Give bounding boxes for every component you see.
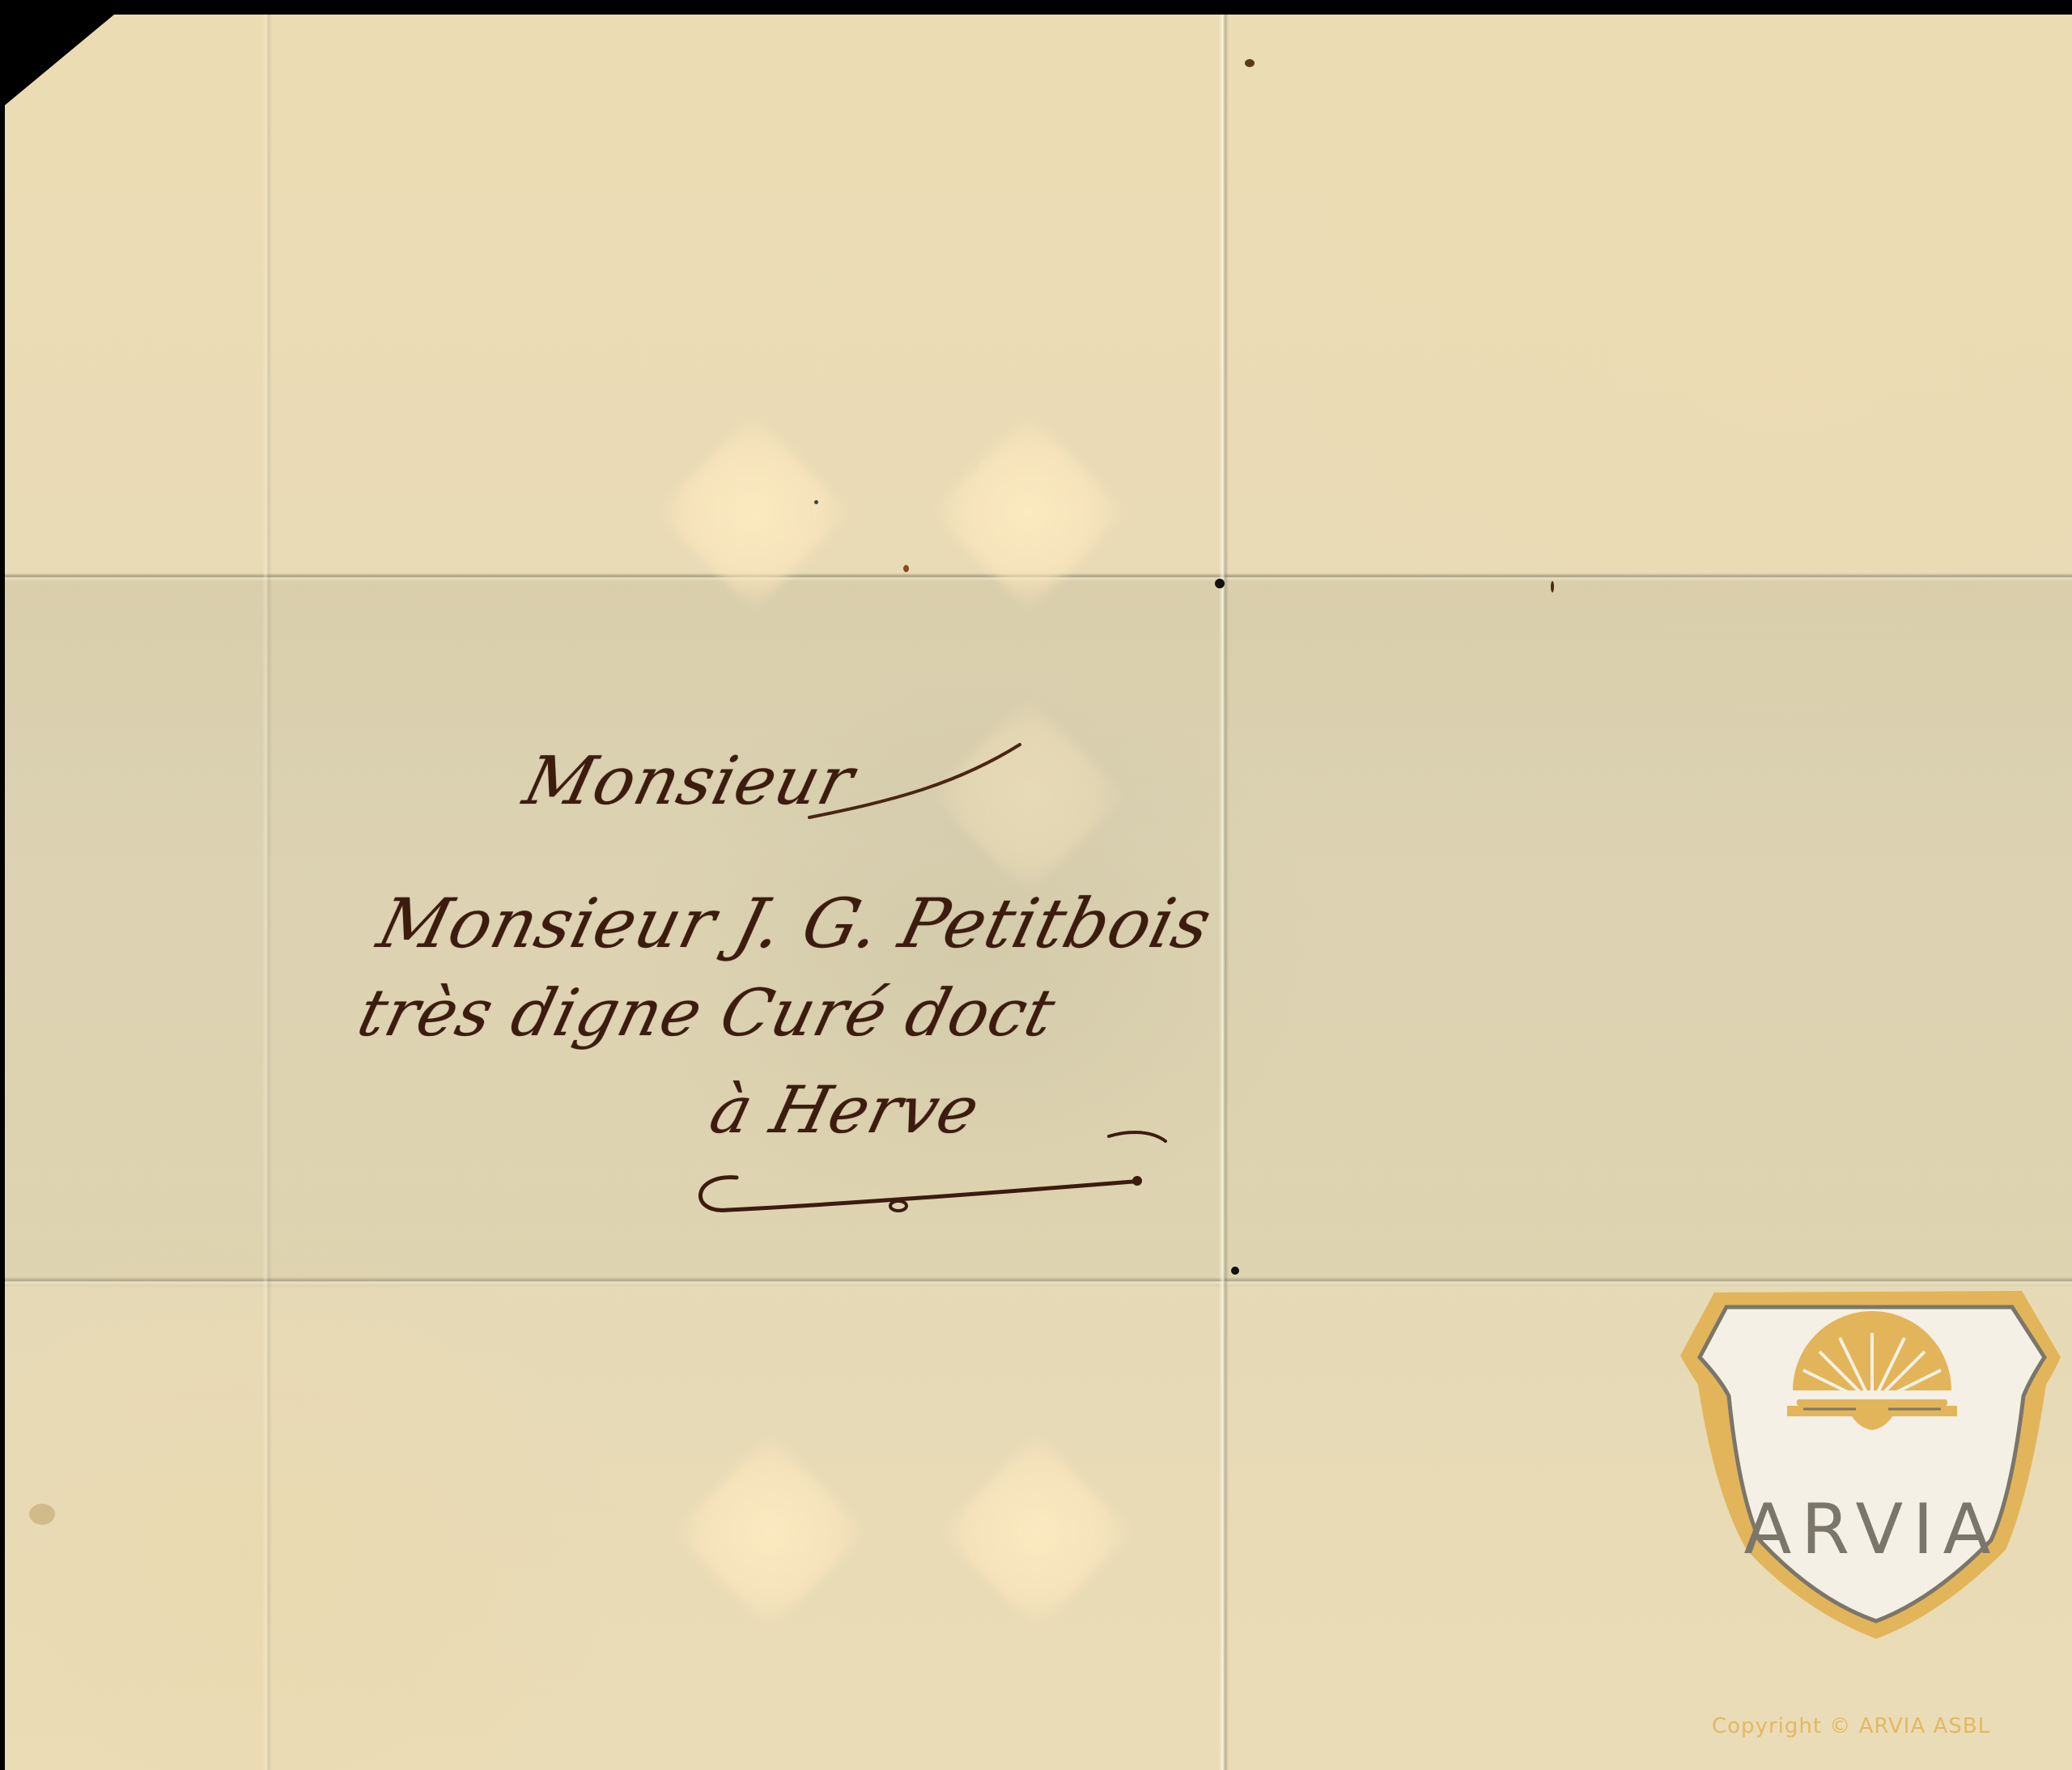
ink-speck [903, 565, 909, 572]
ink-speck [814, 500, 818, 504]
ink-speck [1245, 59, 1255, 67]
tear-mark [1215, 579, 1225, 588]
arvia-logo: ARVIA [1674, 1283, 2070, 1663]
fold-line-vertical-left [262, 15, 272, 1770]
copyright-notice: Copyright © ARVIA ASBL [1712, 1714, 1990, 1738]
logo-wordmark: ARVIA [1674, 1489, 2070, 1570]
address-line-place: à Herve [703, 1072, 987, 1148]
fold-line-vertical-center [1219, 15, 1229, 1770]
address-line-title: très digne Curé doct [350, 975, 1063, 1051]
seal-mark [673, 1435, 867, 1629]
seal-mark [940, 1435, 1134, 1629]
shield-icon [1674, 1283, 2070, 1663]
address-line-recipient: Monsieur J. G. Petitbois [371, 884, 1220, 963]
stain [29, 1504, 55, 1525]
ink-speck [1551, 581, 1554, 592]
address-line-salutation: Monsieur [516, 743, 862, 820]
tear-mark [1231, 1267, 1239, 1275]
